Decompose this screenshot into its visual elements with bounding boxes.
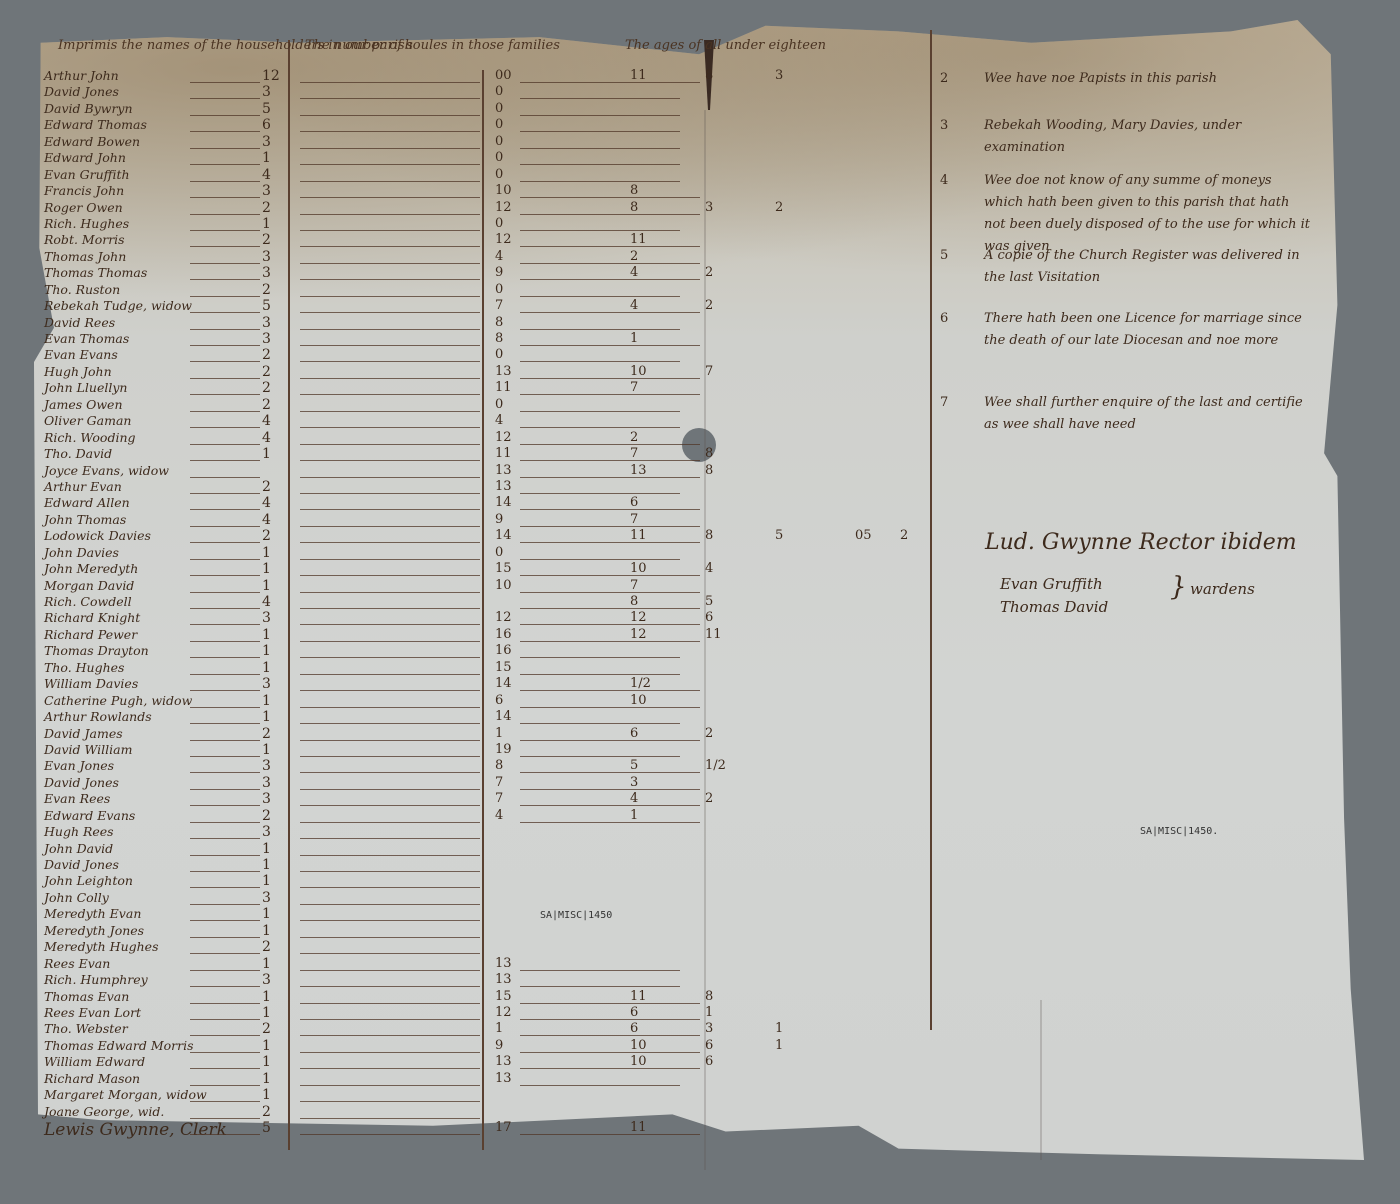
souls-count: 1 <box>262 1087 271 1103</box>
row-rule <box>190 674 260 675</box>
row-rule <box>190 296 260 297</box>
row-rule <box>520 378 700 379</box>
answer-number: 7 <box>940 392 948 414</box>
row-rule <box>190 1019 260 1020</box>
souls-count: 4 <box>262 430 271 446</box>
souls-count: 2 <box>262 232 271 248</box>
householder-name: Lodowick Davies <box>44 528 151 543</box>
souls-count: 1 <box>262 989 271 1005</box>
row-rule <box>300 592 480 593</box>
child-age: 1/2 <box>630 676 651 691</box>
row-rule <box>300 1101 480 1102</box>
souls-count: 3 <box>262 134 271 150</box>
row-rule <box>190 986 260 987</box>
child-age: 12 <box>495 610 512 625</box>
child-age: 12 <box>495 232 512 247</box>
row-rule <box>190 115 260 116</box>
householder-name: Thomas Drayton <box>44 643 149 658</box>
row-rule <box>300 772 480 773</box>
householder-name: Hugh John <box>44 364 112 379</box>
child-age: 13 <box>495 479 512 494</box>
child-age: 0 <box>495 545 503 560</box>
souls-count: 4 <box>262 512 271 528</box>
row-rule <box>520 690 700 691</box>
row-rule <box>190 575 260 576</box>
row-rule <box>520 1003 700 1004</box>
souls-count: 2 <box>262 528 271 544</box>
child-age: 3 <box>705 200 713 215</box>
row-rule <box>520 575 700 576</box>
souls-count: 1 <box>262 545 271 561</box>
row-rule <box>300 263 480 264</box>
householder-name: Meredyth Jones <box>44 923 144 938</box>
row-rule <box>300 953 480 954</box>
souls-count: 1 <box>262 956 271 972</box>
child-age: 5 <box>705 594 713 609</box>
householder-name: John David <box>44 841 113 856</box>
child-age: 6 <box>630 1021 638 1036</box>
row-rule <box>190 871 260 872</box>
souls-count: 1 <box>262 709 271 725</box>
child-age: 5 <box>630 758 638 773</box>
row-rule <box>300 657 480 658</box>
row-rule <box>190 1052 260 1053</box>
row-rule <box>300 164 480 165</box>
householder-name: Rich. Humphrey <box>44 972 148 987</box>
child-age: 05 <box>855 528 872 543</box>
child-age: 4 <box>630 791 638 806</box>
row-rule <box>300 1003 480 1004</box>
child-age: 4 <box>630 298 638 313</box>
row-rule <box>190 378 260 379</box>
row-rule <box>520 542 700 543</box>
row-rule <box>520 460 700 461</box>
fold-line-lower <box>1040 1000 1042 1160</box>
child-age: 13 <box>495 972 512 987</box>
child-age: 6 <box>495 693 503 708</box>
answer-number: 4 <box>940 170 948 192</box>
souls-count: 1 <box>262 561 271 577</box>
row-rule <box>520 394 700 395</box>
householder-name: William Edward <box>44 1054 145 1069</box>
row-rule <box>190 542 260 543</box>
householder-name: John Colly <box>44 890 109 905</box>
row-rule <box>520 411 680 412</box>
row-rule <box>190 937 260 938</box>
row-rule <box>520 1052 700 1053</box>
row-rule <box>520 509 700 510</box>
row-rule <box>520 1019 700 1020</box>
child-age: 10 <box>630 364 647 379</box>
child-age: 17 <box>495 1120 512 1135</box>
row-rule <box>190 197 260 198</box>
child-age: 19 <box>495 742 512 757</box>
souls-count: 3 <box>262 890 271 906</box>
householder-name: Arthur Evan <box>44 479 122 494</box>
souls-count: 1 <box>262 906 271 922</box>
householder-name: Richard Pewer <box>44 627 137 642</box>
row-rule <box>190 920 260 921</box>
child-age: 8 <box>630 594 638 609</box>
souls-count: 5 <box>262 298 271 314</box>
row-rule <box>190 164 260 165</box>
row-rule <box>300 1052 480 1053</box>
row-rule <box>190 230 260 231</box>
child-age: 12 <box>630 610 647 625</box>
row-rule <box>300 690 480 691</box>
row-rule <box>520 608 700 609</box>
child-age: 4 <box>495 249 503 264</box>
householder-name: Evan Rees <box>44 791 110 806</box>
householder-name: Arthur Rowlands <box>44 709 152 724</box>
answer-text: Rebekah Wooding, Mary Davies, under exam… <box>984 115 1314 159</box>
child-age: 15 <box>495 561 512 576</box>
row-rule <box>300 871 480 872</box>
row-rule <box>520 164 680 165</box>
row-rule <box>300 214 480 215</box>
row-rule <box>300 542 480 543</box>
child-age: 7 <box>630 512 638 527</box>
child-age: 0 <box>495 150 503 165</box>
row-rule <box>300 887 480 888</box>
child-age: 8 <box>630 200 638 215</box>
row-rule <box>300 1019 480 1020</box>
answer-number: 6 <box>940 308 948 330</box>
souls-count: 3 <box>262 791 271 807</box>
child-age: 2 <box>630 430 638 445</box>
child-age: 7 <box>630 380 638 395</box>
household-row: Lewis Gwynne, Clerk51711 <box>0 1120 940 1142</box>
householder-name: Thomas John <box>44 249 126 264</box>
header-ages: The ages of all under eighteen <box>625 38 826 53</box>
row-rule <box>300 920 480 921</box>
child-age: 13 <box>495 956 512 971</box>
souls-count: 5 <box>262 101 271 117</box>
souls-count: 2 <box>262 479 271 495</box>
souls-count: 1 <box>262 873 271 889</box>
row-rule <box>190 214 260 215</box>
householder-name: Tho. Hughes <box>44 660 124 675</box>
householder-name: Evan Jones <box>44 758 114 773</box>
row-rule <box>520 526 700 527</box>
row-rule <box>520 740 700 741</box>
row-rule <box>520 657 680 658</box>
householder-name: Richard Mason <box>44 1071 140 1086</box>
souls-count: 2 <box>262 200 271 216</box>
row-rule <box>190 460 260 461</box>
row-rule <box>520 230 680 231</box>
souls-count: 1 <box>262 693 271 709</box>
souls-count: 1 <box>262 857 271 873</box>
souls-count: 3 <box>262 610 271 626</box>
child-age: 10 <box>630 693 647 708</box>
souls-count: 1 <box>262 1071 271 1087</box>
souls-count: 1 <box>262 841 271 857</box>
row-rule <box>300 427 480 428</box>
row-rule <box>520 559 680 560</box>
child-age: 3 <box>775 68 783 83</box>
row-rule <box>190 131 260 132</box>
row-rule <box>520 986 680 987</box>
souls-count: 2 <box>262 397 271 413</box>
row-rule <box>300 1068 480 1069</box>
child-age: 14 <box>495 495 512 510</box>
row-rule <box>190 1003 260 1004</box>
child-age: 2 <box>705 298 713 313</box>
row-rule <box>190 329 260 330</box>
row-rule <box>300 394 480 395</box>
row-rule <box>520 477 700 478</box>
row-rule <box>190 970 260 971</box>
souls-count: 5 <box>262 1120 271 1136</box>
householder-name: Lewis Gwynne, Clerk <box>44 1120 227 1140</box>
row-rule <box>520 181 680 182</box>
souls-count: 1 <box>262 1054 271 1070</box>
row-rule <box>300 1035 480 1036</box>
answer-number: 3 <box>940 115 948 137</box>
row-rule <box>520 246 700 247</box>
row-rule <box>300 789 480 790</box>
row-rule <box>300 509 480 510</box>
child-age: 2 <box>775 200 783 215</box>
row-rule <box>190 1134 260 1135</box>
row-rule <box>520 1068 700 1069</box>
row-rule <box>300 986 480 987</box>
child-age: 4 <box>495 808 503 823</box>
row-rule <box>300 296 480 297</box>
souls-count: 3 <box>262 676 271 692</box>
householder-name: Evan Evans <box>44 347 118 362</box>
row-rule <box>300 115 480 116</box>
child-age: 11 <box>495 380 512 395</box>
answer-text: Wee shall further enquire of the last an… <box>984 392 1314 436</box>
child-age: 11 <box>630 232 647 247</box>
row-rule <box>190 493 260 494</box>
child-age: 14 <box>495 709 512 724</box>
child-age: 6 <box>630 726 638 741</box>
souls-count: 1 <box>262 150 271 166</box>
householder-name: Thomas Thomas <box>44 265 147 280</box>
row-rule <box>520 772 700 773</box>
child-age: 0 <box>495 282 503 297</box>
souls-count: 2 <box>262 726 271 742</box>
row-rule <box>300 312 480 313</box>
row-rule <box>190 444 260 445</box>
child-age: 10 <box>495 578 512 593</box>
souls-count: 3 <box>262 972 271 988</box>
child-age: 2 <box>630 249 638 264</box>
child-age: 2 <box>705 791 713 806</box>
child-age: 1/2 <box>705 758 726 773</box>
child-age: 16 <box>495 643 512 658</box>
row-rule <box>190 559 260 560</box>
child-age: 0 <box>495 101 503 116</box>
row-rule <box>300 970 480 971</box>
row-rule <box>190 361 260 362</box>
row-rule <box>300 723 480 724</box>
row-rule <box>300 131 480 132</box>
row-rule <box>190 690 260 691</box>
archive-reference-right: SA|MISC|1450. <box>1140 826 1218 837</box>
child-age: 4 <box>705 561 713 576</box>
householder-name: Robt. Morris <box>44 232 125 247</box>
child-age: 3 <box>705 1021 713 1036</box>
householder-name: Tho. Ruston <box>44 282 120 297</box>
row-rule <box>520 707 700 708</box>
row-rule <box>300 822 480 823</box>
householder-name: David Jones <box>44 857 119 872</box>
householder-name: Roger Owen <box>44 200 123 215</box>
row-rule <box>520 624 700 625</box>
householder-name: Edward Allen <box>44 495 130 510</box>
householder-name: Edward John <box>44 150 126 165</box>
row-rule <box>520 279 700 280</box>
warden-signature-1: Evan Gruffith <box>1000 575 1103 593</box>
child-age: 13 <box>495 1054 512 1069</box>
row-rule <box>190 1118 260 1119</box>
child-age: 12 <box>495 430 512 445</box>
row-rule <box>190 148 260 149</box>
row-rule <box>520 1085 680 1086</box>
child-age: 2 <box>705 726 713 741</box>
row-rule <box>300 246 480 247</box>
souls-count: 3 <box>262 758 271 774</box>
child-age: 2 <box>900 528 908 543</box>
child-age: 9 <box>495 512 503 527</box>
answer-text: There hath been one Licence for marriage… <box>984 308 1314 352</box>
row-rule <box>520 1134 700 1135</box>
householder-name: Richard Knight <box>44 610 140 625</box>
row-rule <box>300 378 480 379</box>
row-rule <box>300 740 480 741</box>
row-rule <box>300 838 480 839</box>
row-rule <box>520 345 700 346</box>
child-age: 14 <box>495 676 512 691</box>
souls-count: 1 <box>262 1005 271 1021</box>
row-rule <box>190 822 260 823</box>
souls-count: 2 <box>262 808 271 824</box>
souls-count: 4 <box>262 495 271 511</box>
row-rule <box>190 1101 260 1102</box>
warden-signature-2: Thomas David <box>1000 598 1108 616</box>
child-age: 6 <box>630 495 638 510</box>
row-rule <box>190 1085 260 1086</box>
row-rule <box>300 1085 480 1086</box>
child-age: 12 <box>495 1005 512 1020</box>
row-rule <box>300 345 480 346</box>
child-age: 2 <box>705 265 713 280</box>
householder-name: John Leighton <box>44 873 133 888</box>
child-age: 8 <box>495 331 503 346</box>
row-rule <box>520 148 680 149</box>
row-rule <box>190 394 260 395</box>
child-age: 10 <box>630 561 647 576</box>
child-age: 0 <box>495 216 503 231</box>
child-age: 7 <box>495 298 503 313</box>
child-age: 0 <box>495 84 503 99</box>
row-rule <box>520 427 680 428</box>
child-age: 13 <box>495 1071 512 1086</box>
child-age: 1 <box>775 1021 783 1036</box>
row-rule <box>190 624 260 625</box>
householder-name: Thomas Evan <box>44 989 129 1004</box>
row-rule <box>300 444 480 445</box>
souls-count: 1 <box>262 742 271 758</box>
souls-count: 4 <box>262 167 271 183</box>
souls-count: 3 <box>262 84 271 100</box>
row-rule <box>520 674 680 675</box>
row-rule <box>520 214 700 215</box>
row-rule <box>190 509 260 510</box>
child-age: 4 <box>495 413 503 428</box>
child-age: 7 <box>495 775 503 790</box>
householder-name: John Meredyth <box>44 561 138 576</box>
row-rule <box>190 98 260 99</box>
row-rule <box>190 707 260 708</box>
row-rule <box>520 493 680 494</box>
child-age: 13 <box>495 364 512 379</box>
row-rule <box>300 608 480 609</box>
row-rule <box>300 1134 480 1135</box>
souls-count: 6 <box>262 117 271 133</box>
souls-count: 2 <box>262 1021 271 1037</box>
row-rule <box>520 329 680 330</box>
child-age: 11 <box>705 627 722 642</box>
row-rule <box>190 477 260 478</box>
row-rule <box>520 592 700 593</box>
souls-count: 1 <box>262 578 271 594</box>
wardens-brace: } <box>1170 572 1187 602</box>
householder-name: Rich. Cowdell <box>44 594 132 609</box>
row-rule <box>190 411 260 412</box>
row-rule <box>190 263 260 264</box>
answer-number: 5 <box>940 245 948 267</box>
row-rule <box>520 723 680 724</box>
row-rule <box>190 805 260 806</box>
child-age: 8 <box>705 989 713 1004</box>
child-age: 6 <box>705 610 713 625</box>
householder-name: Rees Evan <box>44 956 110 971</box>
row-rule <box>300 756 480 757</box>
child-age: 0 <box>495 347 503 362</box>
child-age: 1 <box>495 726 503 741</box>
child-age: 11 <box>630 68 647 83</box>
householder-name: James Owen <box>44 397 123 412</box>
souls-count: 2 <box>262 939 271 955</box>
child-age: 4 <box>630 265 638 280</box>
souls-count: 4 <box>262 594 271 610</box>
householder-name: David Bywryn <box>44 101 133 116</box>
child-age: 6 <box>705 1038 713 1053</box>
householder-name: Evan Gruffith <box>44 167 130 182</box>
child-age: 6 <box>705 1054 713 1069</box>
householder-name: Catherine Pugh, widow <box>44 693 192 708</box>
householder-name: David William <box>44 742 132 757</box>
householder-name: Rees Evan Lort <box>44 1005 141 1020</box>
row-rule <box>190 608 260 609</box>
householder-name: David James <box>44 726 123 741</box>
child-age: 8 <box>705 463 713 478</box>
householder-name: David Jones <box>44 84 119 99</box>
householder-name: Morgan David <box>44 578 134 593</box>
child-age: 11 <box>630 528 647 543</box>
souls-count: 2 <box>262 380 271 396</box>
row-rule <box>300 1118 480 1119</box>
row-rule <box>520 789 700 790</box>
row-rule <box>300 641 480 642</box>
child-age: 1 <box>630 331 638 346</box>
souls-count: 1 <box>262 216 271 232</box>
